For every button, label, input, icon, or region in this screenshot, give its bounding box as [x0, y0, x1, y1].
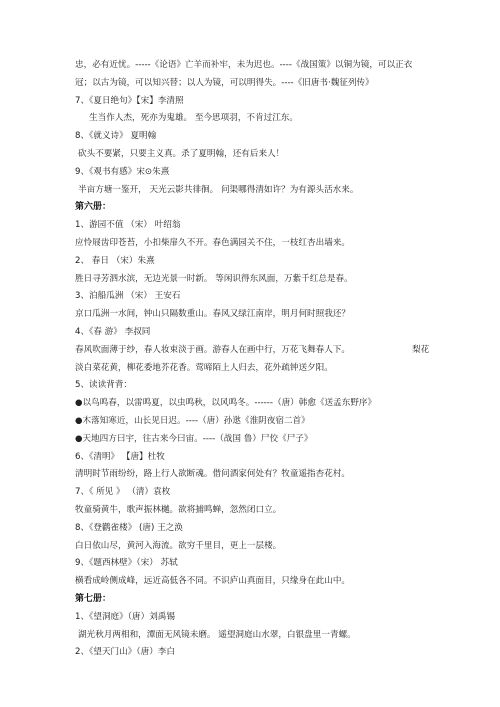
- poem-title: 2、《望天门山》（唐）李白: [75, 644, 435, 662]
- poem-title: 4、《春 游》 李叔同: [75, 324, 435, 342]
- poem-title: 6、《清明》 【唐】杜牧: [75, 449, 435, 467]
- poem-text: 应怜屐齿印苍苔，小扣柴扉久不开。春色满园关不住，一枝红杏出墙来。: [75, 235, 435, 253]
- poem-title: 2、 春日 （宋）朱熹: [75, 253, 435, 271]
- section-heading-book-6: 第六册：: [75, 199, 435, 217]
- poem-text: 春风吹面薄于纱，春人妆束淡于画。游春人在画中行，万花飞舞春人下。: [75, 345, 350, 355]
- text-line: 忠，必有近忧。-----《论语》亡羊而补牢，未为迟也。----《战国策》以铜为镜…: [75, 57, 435, 75]
- poem-title: 9、《观书有感》宋⊙朱熹: [75, 164, 435, 182]
- quote-bullet: ●以鸟鸣春，以雷鸣夏，以虫鸣秋，以风鸣冬。------（唐）韩愈《送孟东野序》: [75, 395, 435, 413]
- poem-text: 京口瓜洲一水间，钟山只隔数重山。春风又绿江南岸，明月何时照我还？: [75, 306, 435, 324]
- document-body: 忠，必有近忧。-----《论语》亡羊而补牢，未为迟也。----《战国策》以铜为镜…: [75, 57, 435, 662]
- poem-text-with-tail: 春风吹面薄于纱，春人妆束淡于画。游春人在画中行，万花飞舞春人下。 梨花: [75, 342, 435, 360]
- poem-title: 8、《登鹳雀楼》 (唐) 王之涣: [75, 520, 435, 538]
- poem-text: 砍头不要紧，只要主义真。杀了夏明翰，还有后来人！: [75, 146, 435, 164]
- text-line: 冠；以古为镜，可以知兴替；以人为镜，可以明得失。----《旧唐书·魏征列传》: [75, 75, 435, 93]
- poem-text: 胜日寻芳泗水滨，无边光景一时新。 等闲识得东风面，万紫千红总是春。: [75, 271, 435, 289]
- poem-text: 白日依山尽，黄河入海流。欲穷千里目，更上一层楼。: [75, 538, 435, 556]
- poem-text-tail: 梨花: [412, 342, 429, 360]
- poem-text: 牧童骑黄牛，歌声振林樾。欲将捕鸣蝉，忽然闭口立。: [75, 502, 435, 520]
- poem-title: 5、读读背背：: [75, 377, 435, 395]
- document-page: 忠，必有近忧。-----《论语》亡羊而补牢，未为迟也。----《战国策》以铜为镜…: [0, 0, 500, 707]
- poem-title: 3、泊船瓜洲 （宋） 王安石: [75, 288, 435, 306]
- poem-text: 清明时节雨纷纷，路上行人欲断魂。借问酒家何处有？牧童遥指杏花村。: [75, 466, 435, 484]
- poem-title: 1、《望洞庭》（唐）刘禹锡: [75, 609, 435, 627]
- quote-bullet: ●天地四方曰宇，往古来今曰宙。----（战国 鲁）尸佼《尸子》: [75, 431, 435, 449]
- poem-title: 8、《就义诗》 夏明翰: [75, 128, 435, 146]
- poem-text: 淡白菜花黄，柳花委地芥花香。莺啼陌上人归去，花外疏钟送夕阳。: [75, 360, 435, 378]
- quote-bullet: ●木落知寒近，山长见日迟。----（唐）孙逖《淮阴夜宿二首》: [75, 413, 435, 431]
- poem-title: 9、《题西林壁》（宋） 苏轼: [75, 555, 435, 573]
- poem-text: 湖光秋月两相和，潭面无风镜未磨。 遥望洞庭山水翠，白银盘里一青螺。: [75, 627, 435, 645]
- poem-title: 7、《 所见 》 （清）袁枚: [75, 484, 435, 502]
- poem-text: 横看成岭侧成峰，远近高低各不同。不识庐山真面目，只缘身在此山中。: [75, 573, 435, 591]
- section-heading-book-7: 第七册：: [75, 591, 435, 609]
- poem-title: 7、《夏日绝句》【宋】李清照: [75, 93, 435, 111]
- poem-text: 半亩方塘一鉴开， 天光云影共徘徊。 问渠哪得清如许？为有源头活水来。: [75, 182, 435, 200]
- poem-text: 生当作人杰，死亦为鬼雄。 至今思项羽，不肯过江东。: [75, 110, 435, 128]
- poem-title: 1、游园不值 （宋） 叶绍翁: [75, 217, 435, 235]
